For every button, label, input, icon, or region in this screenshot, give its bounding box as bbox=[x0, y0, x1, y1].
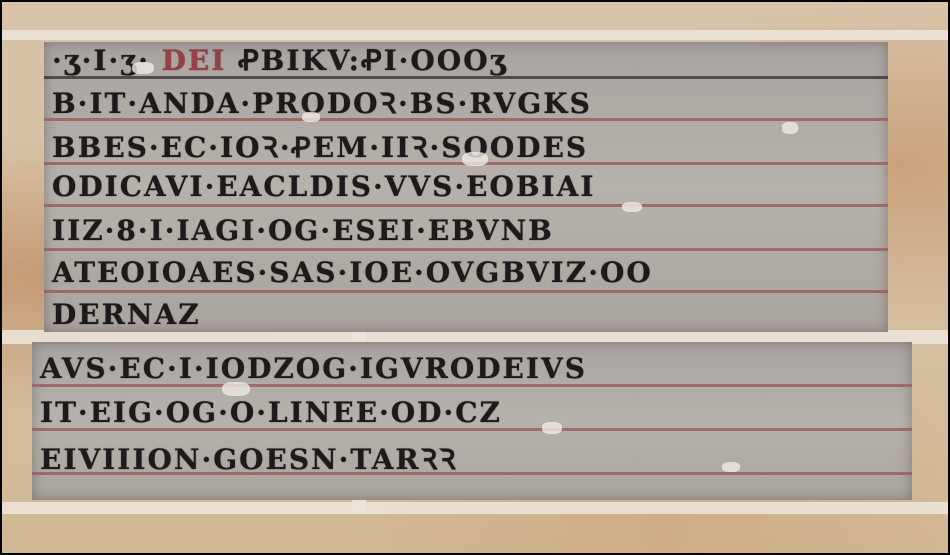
mortar-top bbox=[2, 30, 948, 40]
inscription-row: ·ʒ·I·ʒ· DEI ꝒBIKV:ꝒI·OOOʒ bbox=[52, 44, 507, 77]
inscription-row: B·IT·ANDA·PRODOꝚ·BS·RVGKS bbox=[52, 84, 592, 122]
paint-loss bbox=[462, 152, 488, 166]
inscription-row: ODICAVI·EACLDIS·VVS·EOBIAI bbox=[52, 170, 595, 203]
inscription-upper-panel: ·ʒ·I·ʒ· DEI ꝒBIKV:ꝒI·OOOʒ B·IT·ANDA·PROD… bbox=[44, 42, 888, 332]
inscription-lower-panel: AVS·EC·I·IODZOG·IGVRODEIVS IT·EIG·OG·O·L… bbox=[32, 342, 912, 500]
inscription-row: ATEOIOAES·SAS·IOE·OVGBVIZ·OO bbox=[52, 256, 653, 289]
paint-loss bbox=[722, 462, 740, 472]
inscription-row: DERNAZ bbox=[52, 298, 201, 331]
inscription-row: AVS·EC·I·IODZOG·IGVRODEIVS bbox=[40, 352, 587, 385]
mortar-bottom bbox=[2, 502, 948, 514]
paint-loss bbox=[622, 202, 642, 212]
paint-loss bbox=[302, 112, 320, 122]
paint-loss bbox=[222, 382, 250, 396]
inscription-row: IT·EIG·OG·O·LINEE·OD·CZ bbox=[40, 396, 502, 429]
paint-loss bbox=[132, 62, 154, 74]
paint-loss bbox=[542, 422, 562, 434]
inscription-row: IIZ·8·I·IAGI·OG·ESEI·EBVNB bbox=[52, 214, 554, 247]
inscription-row: EIVIIION·GOESN·TARꝚꝚ bbox=[40, 440, 458, 478]
inscription-row: BBES·EC·IOꝚ·ꝒEM·IIꝚ·SOODES bbox=[52, 128, 588, 166]
paint-loss bbox=[782, 122, 798, 134]
stone-wall: ·ʒ·I·ʒ· DEI ꝒBIKV:ꝒI·OOOʒ B·IT·ANDA·PROD… bbox=[2, 2, 948, 553]
